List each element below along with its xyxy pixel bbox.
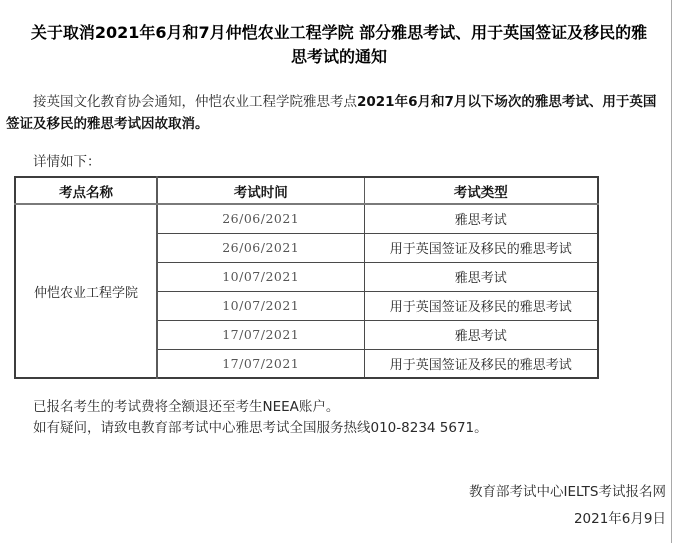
exam-date-cell: 26/06/2021 (157, 204, 364, 233)
venue-cell: 仲恺农业工程学院 (15, 204, 157, 378)
exam-date-cell: 10/07/2021 (157, 291, 364, 320)
exam-cancellation-table: 考点名称 考试时间 考试类型 仲恺农业工程学院26/06/2021雅思考试26/… (14, 176, 599, 379)
signature-org: 教育部考试中心IELTS考试报名网 (0, 480, 666, 500)
exam-type-cell: 雅思考试 (364, 262, 598, 291)
notice-document: 关于取消2021年6月和7月仲恺农业工程学院 部分雅思考试、用于英国签证及移民的… (0, 0, 678, 527)
exam-date-cell: 26/06/2021 (157, 233, 364, 262)
page-right-edge-line (671, 0, 672, 543)
column-header-type: 考试类型 (364, 177, 598, 204)
exam-type-cell: 雅思考试 (364, 320, 598, 349)
exam-type-cell: 用于英国签证及移民的雅思考试 (364, 233, 598, 262)
table-row: 仲恺农业工程学院26/06/2021雅思考试 (15, 204, 598, 233)
signature-block: 教育部考试中心IELTS考试报名网 2021年6月9日 (0, 480, 666, 527)
details-label: 详情如下： (33, 150, 678, 170)
intro-text-normal: 接英国文化教育协会通知，仲恺农业工程学院雅思考点 (33, 94, 357, 110)
signature-date: 2021年6月9日 (0, 507, 666, 527)
refund-note: 已报名考生的考试费将全额退还至考生NEEA账户。 (33, 398, 678, 416)
table-header-row: 考点名称 考试时间 考试类型 (15, 177, 598, 204)
footer-notes: 已报名考生的考试费将全额退还至考生NEEA账户。 如有疑问，请致电教育部考试中心… (33, 398, 678, 437)
column-header-date: 考试时间 (157, 177, 364, 204)
exam-date-cell: 10/07/2021 (157, 262, 364, 291)
exam-type-cell: 用于英国签证及移民的雅思考试 (364, 291, 598, 320)
column-header-venue: 考点名称 (15, 177, 157, 204)
intro-paragraph: 接英国文化教育协会通知，仲恺农业工程学院雅思考点2021年6月和7月以下场次的雅… (6, 92, 668, 135)
exam-date-cell: 17/07/2021 (157, 320, 364, 349)
exam-date-cell: 17/07/2021 (157, 349, 364, 378)
notice-title: 关于取消2021年6月和7月仲恺农业工程学院 部分雅思考试、用于英国签证及移民的… (26, 21, 652, 69)
exam-type-cell: 用于英国签证及移民的雅思考试 (364, 349, 598, 378)
exam-type-cell: 雅思考试 (364, 204, 598, 233)
contact-note: 如有疑问，请致电教育部考试中心雅思考试全国服务热线010-8234 5671。 (33, 419, 678, 437)
exam-table-body: 仲恺农业工程学院26/06/2021雅思考试26/06/2021用于英国签证及移… (15, 204, 598, 378)
